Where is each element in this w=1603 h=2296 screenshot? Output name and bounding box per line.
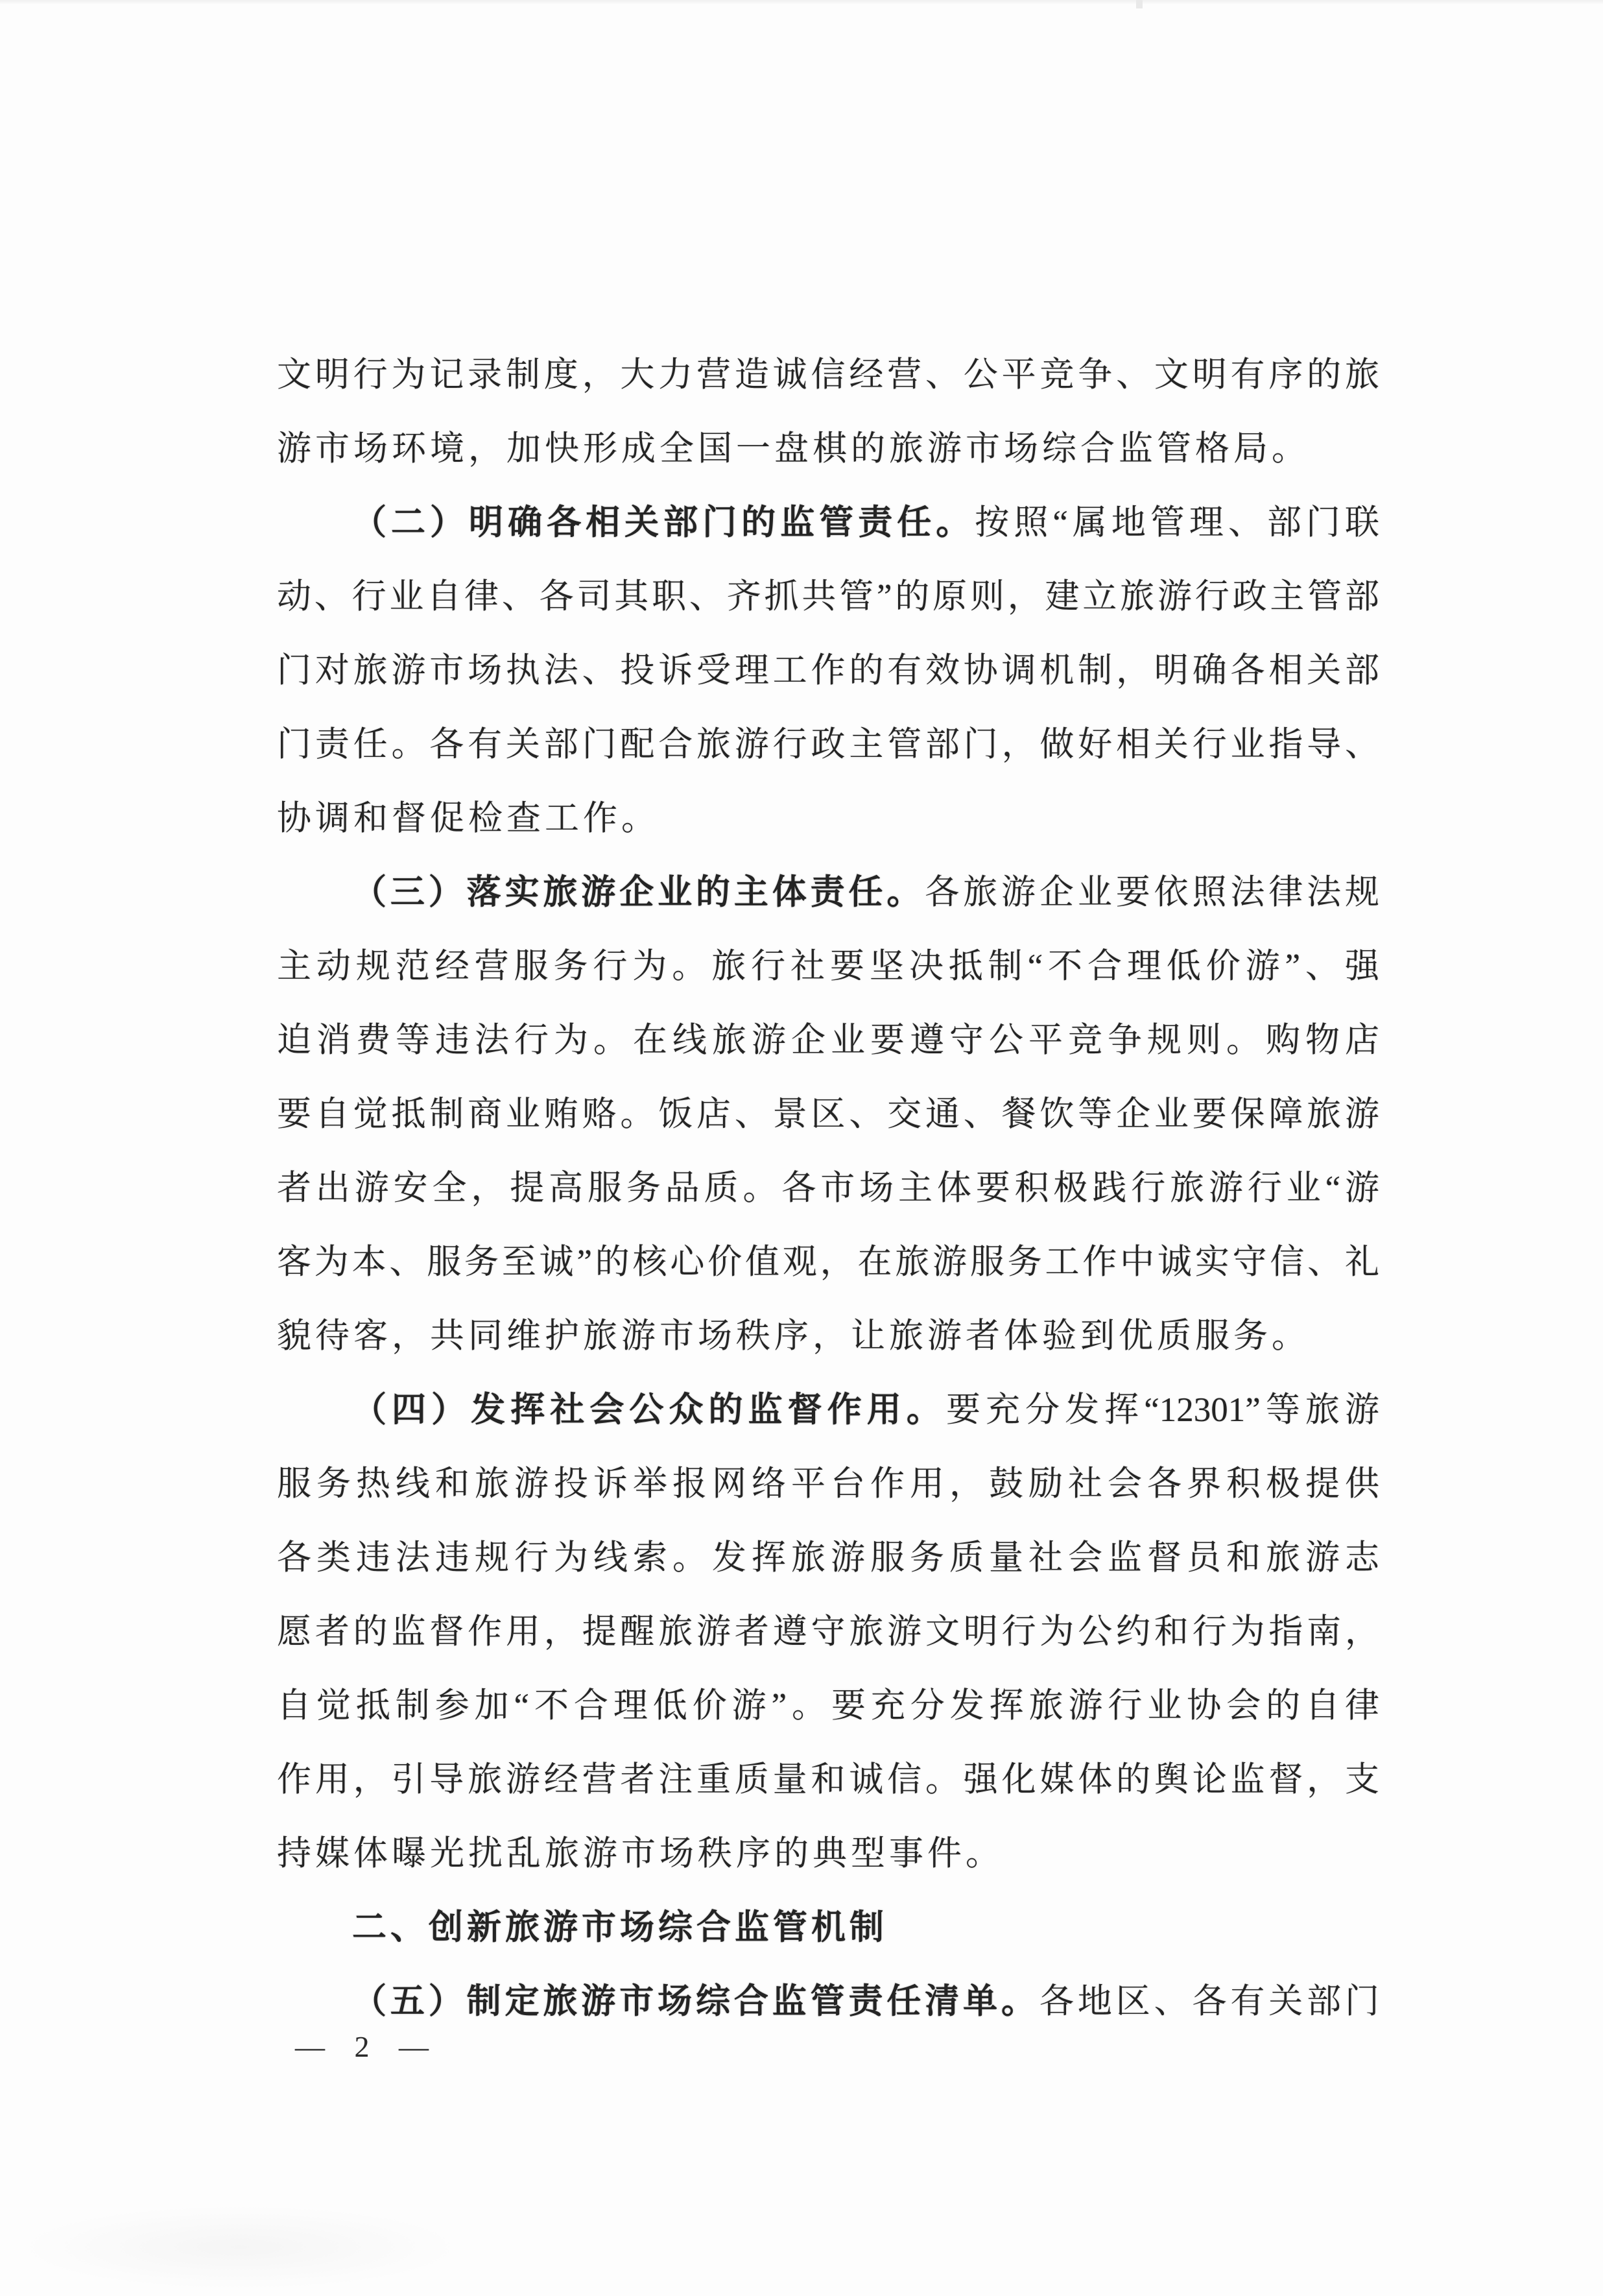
text-line: 各类违法违规行为线索。发挥旅游服务质量社会监督员和旅游志 — [277, 1521, 1379, 1595]
body-text: 持媒体曝光扰乱旅游市场秩序的典型事件。 — [277, 1835, 1004, 1872]
body-text: 貌待客，共同维护旅游市场秩序，让旅游者体验到优质服务。 — [277, 1317, 1310, 1355]
section-heading: 二、创新旅游市场综合监管机制 — [277, 1891, 1379, 1965]
heading-text: 二、创新旅游市场综合监管机制 — [352, 1909, 888, 1946]
text-line: 愿者的监督作用，提醒旅游者遵守旅游文明行为公约和行为指南， — [277, 1595, 1379, 1669]
document-body: 文明行为记录制度，大力营造诚信经营、公平竞争、文明有序的旅游市场环境，加快形成全… — [277, 338, 1379, 2039]
text-line: 文明行为记录制度，大力营造诚信经营、公平竞争、文明有序的旅 — [277, 338, 1379, 412]
text-line: 持媒体曝光扰乱旅游市场秩序的典型事件。 — [277, 1817, 1379, 1891]
scan-artifact-smudge — [19, 2205, 460, 2290]
body-text: 协调和督促检查工作。 — [277, 800, 659, 837]
text-line: （三）落实旅游企业的主体责任。各旅游企业要依照法律法规 — [277, 855, 1379, 929]
bold-lead-text: （二）明确各相关部门的监管责任。 — [352, 504, 975, 542]
body-text: 作用，引导旅游经营者注重质量和诚信。强化媒体的舆论监督，支 — [277, 1761, 1379, 1799]
text-line: （五）制定旅游市场综合监管责任清单。各地区、各有关部门 — [277, 1965, 1379, 2039]
text-line: 客为本、服务至诚”的核心价值观，在旅游服务工作中诚实守信、礼 — [277, 1225, 1379, 1299]
page-number: — 2 — — [295, 2030, 431, 2063]
body-text: 自觉抵制参加“不合理低价游”。要充分发挥旅游行业协会的自律 — [277, 1687, 1379, 1725]
text-line: 者出游安全，提高服务品质。各市场主体要积极践行旅游行业“游 — [277, 1151, 1379, 1225]
body-text: 文明行为记录制度，大力营造诚信经营、公平竞争、文明有序的旅 — [277, 356, 1379, 394]
body-text: 愿者的监督作用，提醒旅游者遵守旅游文明行为公约和行为指南， — [277, 1613, 1379, 1651]
scan-artifact-top-edge — [0, 0, 1603, 5]
text-line: 动、行业自律、各司其职、齐抓共管”的原则，建立旅游行政主管部 — [277, 560, 1379, 634]
text-line: 主动规范经营服务行为。旅行社要坚决抵制“不合理低价游”、强 — [277, 929, 1379, 1003]
scan-artifact-notch — [1136, 0, 1143, 8]
body-text: 迫消费等违法行为。在线旅游企业要遵守公平竞争规则。购物店 — [277, 1022, 1379, 1059]
bold-lead-text: （三）落实旅游企业的主体责任。 — [352, 874, 925, 911]
body-text: 按照“属地管理、部门联 — [975, 504, 1379, 542]
text-line: 貌待客，共同维护旅游市场秩序，让旅游者体验到优质服务。 — [277, 1299, 1379, 1373]
body-text: 服务热线和旅游投诉举报网络平台作用，鼓励社会各界积极提供 — [277, 1465, 1379, 1503]
text-line: 迫消费等违法行为。在线旅游企业要遵守公平竞争规则。购物店 — [277, 1003, 1379, 1077]
body-text: 客为本、服务至诚”的核心价值观，在旅游服务工作中诚实守信、礼 — [277, 1243, 1379, 1281]
body-text: 动、行业自律、各司其职、齐抓共管”的原则，建立旅游行政主管部 — [277, 578, 1379, 616]
text-line: 门责任。各有关部门配合旅游行政主管部门，做好相关行业指导、 — [277, 708, 1379, 782]
body-text: 要自觉抵制商业贿赂。饭店、景区、交通、餐饮等企业要保障旅游 — [277, 1095, 1379, 1133]
document-page: 文明行为记录制度，大力营造诚信经营、公平竞争、文明有序的旅游市场环境，加快形成全… — [0, 0, 1603, 2296]
body-text: 门责任。各有关部门配合旅游行政主管部门，做好相关行业指导、 — [277, 726, 1379, 763]
bold-lead-text: （四）发挥社会公众的监督作用。 — [352, 1391, 946, 1429]
body-text: 主动规范经营服务行为。旅行社要坚决抵制“不合理低价游”、强 — [277, 948, 1379, 985]
body-text: 者出游安全，提高服务品质。各市场主体要积极践行旅游行业“游 — [277, 1169, 1379, 1207]
text-line: 游市场环境，加快形成全国一盘棋的旅游市场综合监管格局。 — [277, 412, 1379, 486]
text-line: 自觉抵制参加“不合理低价游”。要充分发挥旅游行业协会的自律 — [277, 1669, 1379, 1743]
text-line: 门对旅游市场执法、投诉受理工作的有效协调机制，明确各相关部 — [277, 634, 1379, 708]
body-text: 游市场环境，加快形成全国一盘棋的旅游市场综合监管格局。 — [277, 430, 1310, 468]
body-text: 各旅游企业要依照法律法规 — [925, 874, 1379, 911]
text-line: （二）明确各相关部门的监管责任。按照“属地管理、部门联 — [277, 486, 1379, 560]
text-line: （四）发挥社会公众的监督作用。要充分发挥“12301”等旅游 — [277, 1373, 1379, 1447]
body-text: 门对旅游市场执法、投诉受理工作的有效协调机制，明确各相关部 — [277, 652, 1379, 689]
page-footer: — 2 — — [295, 2021, 431, 2073]
text-line: 作用，引导旅游经营者注重质量和诚信。强化媒体的舆论监督，支 — [277, 1743, 1379, 1817]
body-text: 各地区、各有关部门 — [1039, 1983, 1379, 2020]
text-line: 要自觉抵制商业贿赂。饭店、景区、交通、餐饮等企业要保障旅游 — [277, 1077, 1379, 1151]
text-line: 协调和督促检查工作。 — [277, 782, 1379, 855]
bold-lead-text: （五）制定旅游市场综合监管责任清单。 — [352, 1983, 1039, 2020]
text-line: 服务热线和旅游投诉举报网络平台作用，鼓励社会各界积极提供 — [277, 1447, 1379, 1521]
body-text: 要充分发挥“12301”等旅游 — [946, 1391, 1379, 1429]
body-text: 各类违法违规行为线索。发挥旅游服务质量社会监督员和旅游志 — [277, 1539, 1379, 1577]
